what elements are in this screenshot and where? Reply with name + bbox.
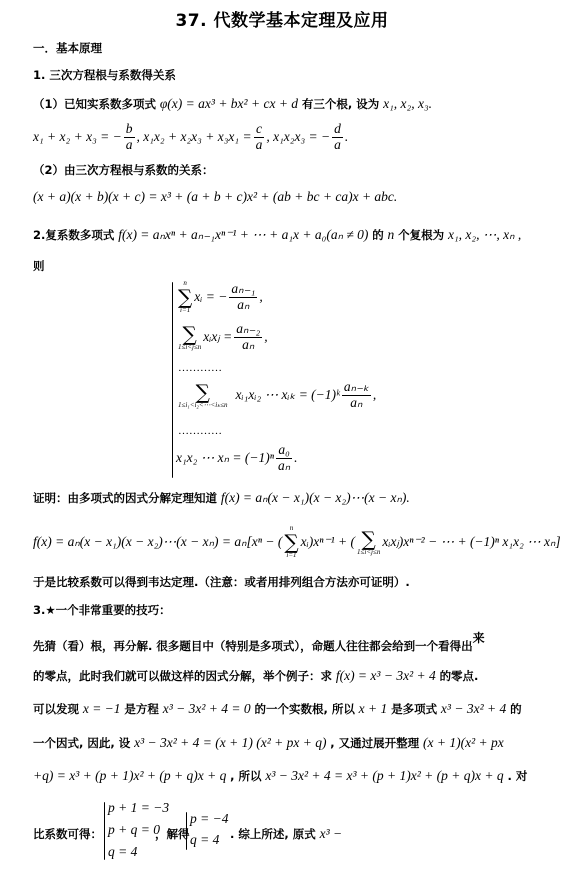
paragraph2-line3: +q) = x³ + (p + 1)x² + (p + q)x + q , 所以… [33,768,527,784]
sub2-poly: f(x) = aₙxⁿ + aₙ₋₁xⁿ⁻¹ + ⋯ + a₁x + a₀(aₙ… [118,227,368,242]
item1-roots: x₁, x₂, x₃. [383,96,432,111]
summation: ∑1≤i₁<i₂<⋯<iₖ≤n [178,382,228,409]
vieta-eq1-left: x₁ + x₂ + x₃ = − [33,129,122,145]
sub2-suffix: 个复根为 [398,228,444,242]
denominator: a [254,138,265,153]
text: 的一个实数根, 所以 [254,702,354,716]
fraction: a₀aₙ [276,443,292,474]
fraction: aₙ₋₂aₙ [234,322,262,353]
sum-lower: 1≤i<j≤n [178,344,201,351]
item1-prefix: （1）已知实系数多项式 [33,97,156,111]
sub2-prefix: 2.复系数多项式 [33,228,114,242]
sub2-roots: x₁, x₂, ⋯, xₙ , [448,227,521,242]
numerator: aₙ₋₁ [229,282,257,298]
sum-lower: i=1 [286,552,296,559]
compare-label: 比系数可得： [33,826,102,842]
paragraph1-line2: 的零点，此时我们就可以做这样的因式分解，举个例子：求 f(x) = x³ − 3… [33,668,478,684]
text: 的 [510,702,522,716]
vieta-eq3-left: , x₁x₂x₃ = − [266,129,330,145]
math: x + 1 [359,701,388,716]
numerator: d [332,122,343,138]
math: x = −1 [83,701,121,716]
sigma-icon: ∑ [196,382,210,402]
fraction-d-over-a: da [332,122,343,153]
fraction: aₙ₋ₖaₙ [342,380,371,411]
paragraph2-line1: 可以发现 x = −1 是方程 x³ − 3x² + 4 = 0 的一个实数根,… [33,701,522,717]
math: +q) = x³ + (p + 1)x² + (p + q)x + q [33,768,226,783]
vieta-eq2-left: , x₁x₂ + x₂x₃ + x₃x₁ = [137,129,252,145]
subheading-technique: 3.★一个非常重要的技巧： [33,602,171,618]
section-heading-basic-principles: 一．基本原理 [33,40,102,56]
system1-line3: q = 4 [108,844,137,860]
para1-text: 先猜（看）根，再分解. 很多题目中（特别是多项式），命题人往往都会给到一个看得出 [33,639,473,653]
numerator: aₙ₋ₖ [342,380,371,396]
item1-poly: φ(x) = ax³ + bx² + cx + d [160,96,298,111]
numerator: c [254,122,264,138]
sum-lower: i=1 [180,307,190,314]
vieta-end: . [345,129,348,145]
line4-body: x₁x₂ ⋯ xₙ = (−1)ⁿ [176,450,274,466]
page-title: 37. 代数学基本定理及应用 [0,6,564,31]
sub2-n: n [388,227,395,242]
denominator: a [124,138,135,153]
solve-label: ，解得 [155,826,190,842]
text: , 又通过展开整理 [330,736,419,750]
system-dots-1: ………… [178,362,222,374]
denominator: aₙ [348,396,364,411]
sub2-mid: 的 [372,228,384,242]
denominator: aₙ [240,338,256,353]
cubic-vieta-formulas: x₁ + x₂ + x₃ = − ba , x₁x₂ + x₂x₃ + x₃x₁… [33,122,348,153]
expansion-mid2: xᵢxⱼ)xⁿ⁻² − ⋯ + (−1)ⁿ x₁x₂ ⋯ xₙ] [382,534,560,550]
denominator: a [332,138,343,153]
system-line-3: ∑1≤i₁<i₂<⋯<iₖ≤n xᵢ₁xᵢ₂ ⋯ xᵢₖ = (−1)ᵏ aₙ₋… [176,380,376,411]
paragraph1-line1: 先猜（看）根，再分解. 很多题目中（特别是多项式），命题人往往都会给到一个看得出… [33,638,485,654]
para1-line2-formula: f(x) = x³ − 3x² + 4 [336,668,436,683]
numerator: a₀ [276,443,291,459]
left-brace [172,282,173,478]
summation: n∑i=1 [178,280,192,314]
system-line-4: x₁x₂ ⋯ xₙ = (−1)ⁿ a₀aₙ . [176,443,297,474]
left-brace [104,802,105,860]
item2-label: （2）由三次方程根与系数的关系： [33,162,214,178]
text: . 综上所述, 原式 [230,827,316,841]
line2-body: xᵢxⱼ = [203,329,232,345]
math: x³ − 3x² + 4 = 0 [163,701,251,716]
summation: n∑i=1 [284,525,298,559]
item1-line: （1）已知实系数多项式 φ(x) = ax³ + bx² + cx + d 有三… [33,96,432,112]
left-brace [186,812,187,850]
expansion-left: f(x) = aₙ(x − x₁)(x − x₂)⋯(x − xₙ) = aₙ[… [33,534,282,550]
text: 是方程 [124,702,159,716]
text: 可以发现 [33,702,79,716]
denominator: aₙ [276,459,292,474]
numerator: aₙ₋₂ [234,322,262,338]
cubic-expansion-formula: (x + a)(x + b)(x + c) = x³ + (a + b + c)… [33,189,397,205]
math: x³ − 3x² + 4 = (x + 1) (x² + px + q) [134,735,326,750]
sum-lower: 1≤i<j≤n [357,549,380,556]
summation: ∑1≤i<j≤n [178,324,201,351]
line1-body: xᵢ = − [194,289,227,305]
sigma-icon: ∑ [284,532,298,552]
math: x³ − 3x² + 4 = x³ + (p + 1)x² + (p + q)x… [265,768,503,783]
text: , 所以 [230,769,261,783]
math: x³ − 3x² + 4 [441,701,506,716]
math: x³ − [320,826,343,841]
system2-line2: q = 4 [190,832,219,848]
subheading-cubic-vieta: 1. 三次方程根与系数得关系 [33,67,176,83]
system2-line1: p = −4 [190,811,228,827]
expansion-mid1: xᵢ)xⁿ⁻¹ + ( [301,534,355,550]
conclusion-text: 于是比较系数可以得到韦达定理.（注意：或者用排列组合方法亦可证明）. [33,574,410,590]
proof-line: 证明：由多项式的因式分解定理知道 f(x) = aₙ(x − x₁)(x − x… [33,490,410,506]
math: (x + 1)(x² + px [423,735,504,750]
proof-prefix: 证明：由多项式的因式分解定理知道 [33,491,217,505]
proof-formula: f(x) = aₙ(x − x₁)(x − x₂)⋯(x − xₙ). [221,490,410,505]
sigma-icon: ∑ [183,324,197,344]
fraction: aₙ₋₁aₙ [229,282,257,313]
denominator: aₙ [235,298,251,313]
expansion-formula: f(x) = aₙ(x − x₁)(x − x₂)⋯(x − xₙ) = aₙ[… [33,525,561,559]
final-line-tail: . 综上所述, 原式 x³ − [230,826,342,842]
sigma-icon: ∑ [362,529,376,549]
system-line-1: n∑i=1 xᵢ = − aₙ₋₁aₙ , [176,280,263,314]
system1-line2: p + q = 0 [108,822,160,838]
sum-lower: 1≤i₁<i₂<⋯<iₖ≤n [178,402,228,409]
line3-body: xᵢ₁xᵢ₂ ⋯ xᵢₖ = (−1)ᵏ [236,387,340,403]
then-label: 则 [33,258,45,274]
system-line-2: ∑1≤i<j≤n xᵢxⱼ = aₙ₋₂aₙ , [176,322,268,353]
paragraph2-line2: 一个因式, 因此, 设 x³ − 3x² + 4 = (x + 1) (x² +… [33,735,504,751]
text: 一个因式, 因此, 设 [33,736,130,750]
para1-line2-suffix: 的零点. [440,669,479,683]
system1-line1: p + 1 = −3 [108,800,169,816]
system-dots-2: ………… [178,425,222,437]
text: . 对 [507,769,527,783]
subheading-complex-poly: 2.复系数多项式 f(x) = aₙxⁿ + aₙ₋₁xⁿ⁻¹ + ⋯ + a₁… [33,227,521,243]
para1-tail: 来 [473,631,485,645]
fraction-c-over-a: ca [254,122,265,153]
text: 是多项式 [391,702,437,716]
para1-line2-prefix: 的零点，此时我们就可以做这样的因式分解，举个例子：求 [33,669,332,683]
numerator: b [124,122,135,138]
item1-suffix: 有三个根, 设为 [302,97,379,111]
fraction-b-over-a: ba [124,122,135,153]
sigma-icon: ∑ [178,287,192,307]
summation: ∑1≤i<j≤n [357,529,380,556]
